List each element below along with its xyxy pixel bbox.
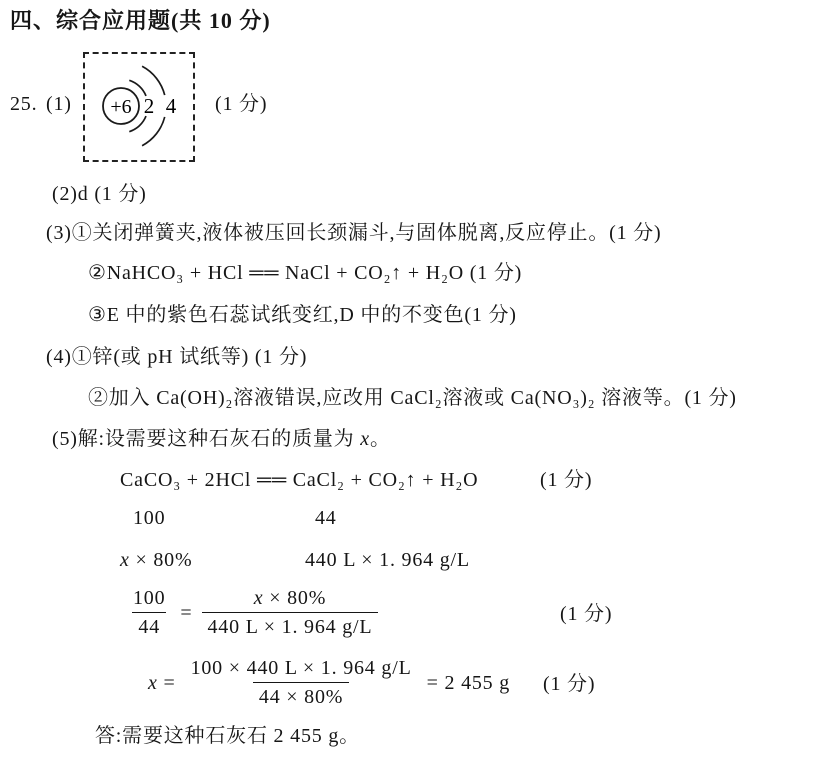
proportion-right-num-variable: x (254, 587, 264, 609)
proportion-left-denominator: 44 (132, 612, 166, 639)
answer-4-2: ②加入 Ca(OH)₂溶液错误,应改用 CaCl₂溶液或 Ca(NO₃)₂ 溶液… (88, 386, 737, 410)
solve-denominator: 44 × 80% (253, 682, 349, 709)
solve-numerator: 100 × 440 L × 1. 964 g/L (185, 656, 418, 682)
molar-mass-caco3: 100 (133, 506, 165, 530)
given-mass-variable: x (120, 549, 130, 571)
given-gas-expression: 440 L × 1. 964 g/L (305, 548, 470, 572)
solve-result: = 2 455 g (427, 671, 510, 695)
answer-5-intro: (5)解:设需要这种石灰石的质量为 x。 (52, 427, 391, 451)
proportion-equation: 100 44 = x × 80% 440 L × 1. 964 g/L (127, 586, 378, 639)
answer-5-intro-suffix: 。 (370, 428, 391, 450)
inner-shell-arc-lower (129, 116, 146, 132)
final-answer-sentence: 答:需要这种石灰石 2 455 g。 (95, 724, 360, 748)
nucleus-charge-label: +6 (110, 96, 131, 118)
question-number: 25. (10, 92, 37, 116)
given-mass-rest: × 80% (130, 549, 193, 571)
outer-shell-arc-upper (142, 66, 165, 95)
section-title: 四、综合应用题(共 10 分) (10, 8, 271, 34)
solve-score: (1 分) (543, 672, 595, 696)
answer-3-2-equation: ②NaHCO₃ + HCl ══ NaCl + CO₂↑ + H₂O (1 分) (88, 261, 522, 285)
solve-equals: = (158, 672, 176, 694)
proportion-right-num-rest: × 80% (263, 587, 326, 609)
answer-3-3: ③E 中的紫色石蕊试纸变红,D 中的不变色(1 分) (88, 303, 517, 327)
proportion-left-numerator: 100 (127, 586, 171, 612)
atom-structure-diagram: +6 2 4 (83, 52, 195, 162)
part-1-label: (1) (46, 92, 72, 116)
atom-structure-svg: +6 2 4 (85, 54, 193, 160)
proportion-right-denominator: 440 L × 1. 964 g/L (202, 612, 379, 639)
solve-variable: x (148, 672, 158, 694)
answer-2: (2)d (1 分) (52, 182, 147, 206)
answer-5-variable: x (360, 428, 370, 450)
proportion-right-fraction: x × 80% 440 L × 1. 964 g/L (202, 586, 379, 639)
proportion-left-fraction: 100 44 (127, 586, 171, 639)
solve-equation: x = 100 × 440 L × 1. 964 g/L 44 × 80% = … (148, 656, 510, 709)
inner-shell-electron-count: 2 (144, 94, 155, 118)
proportion-right-numerator: x × 80% (248, 586, 332, 612)
answer-3-1: (3)①关闭弹簧夹,液体被压回长颈漏斗,与固体脱离,反应停止。(1 分) (46, 221, 661, 245)
answer-4-1: (4)①锌(或 pH 试纸等) (1 分) (46, 345, 307, 369)
proportion-score: (1 分) (560, 602, 612, 626)
solve-fraction: 100 × 440 L × 1. 964 g/L 44 × 80% (185, 656, 418, 709)
outer-shell-arc-lower (142, 117, 165, 146)
exam-answer-page: 四、综合应用题(共 10 分) 25. (1) +6 2 4 (1 分) (2)… (0, 0, 839, 767)
answer-5-intro-prefix: (5)解:设需要这种石灰石的质量为 (52, 428, 360, 450)
calc-equation-score: (1 分) (540, 468, 592, 492)
calc-equation: CaCO₃ + 2HCl ══ CaCl₂ + CO₂↑ + H₂O (120, 468, 478, 492)
part-1-score: (1 分) (215, 92, 267, 116)
solve-lhs: x = (148, 671, 176, 695)
molar-mass-co2: 44 (315, 506, 337, 530)
given-mass-expression: x × 80% (120, 548, 192, 572)
proportion-equals-sign: = (180, 601, 192, 625)
outer-shell-electron-count: 4 (166, 94, 177, 118)
